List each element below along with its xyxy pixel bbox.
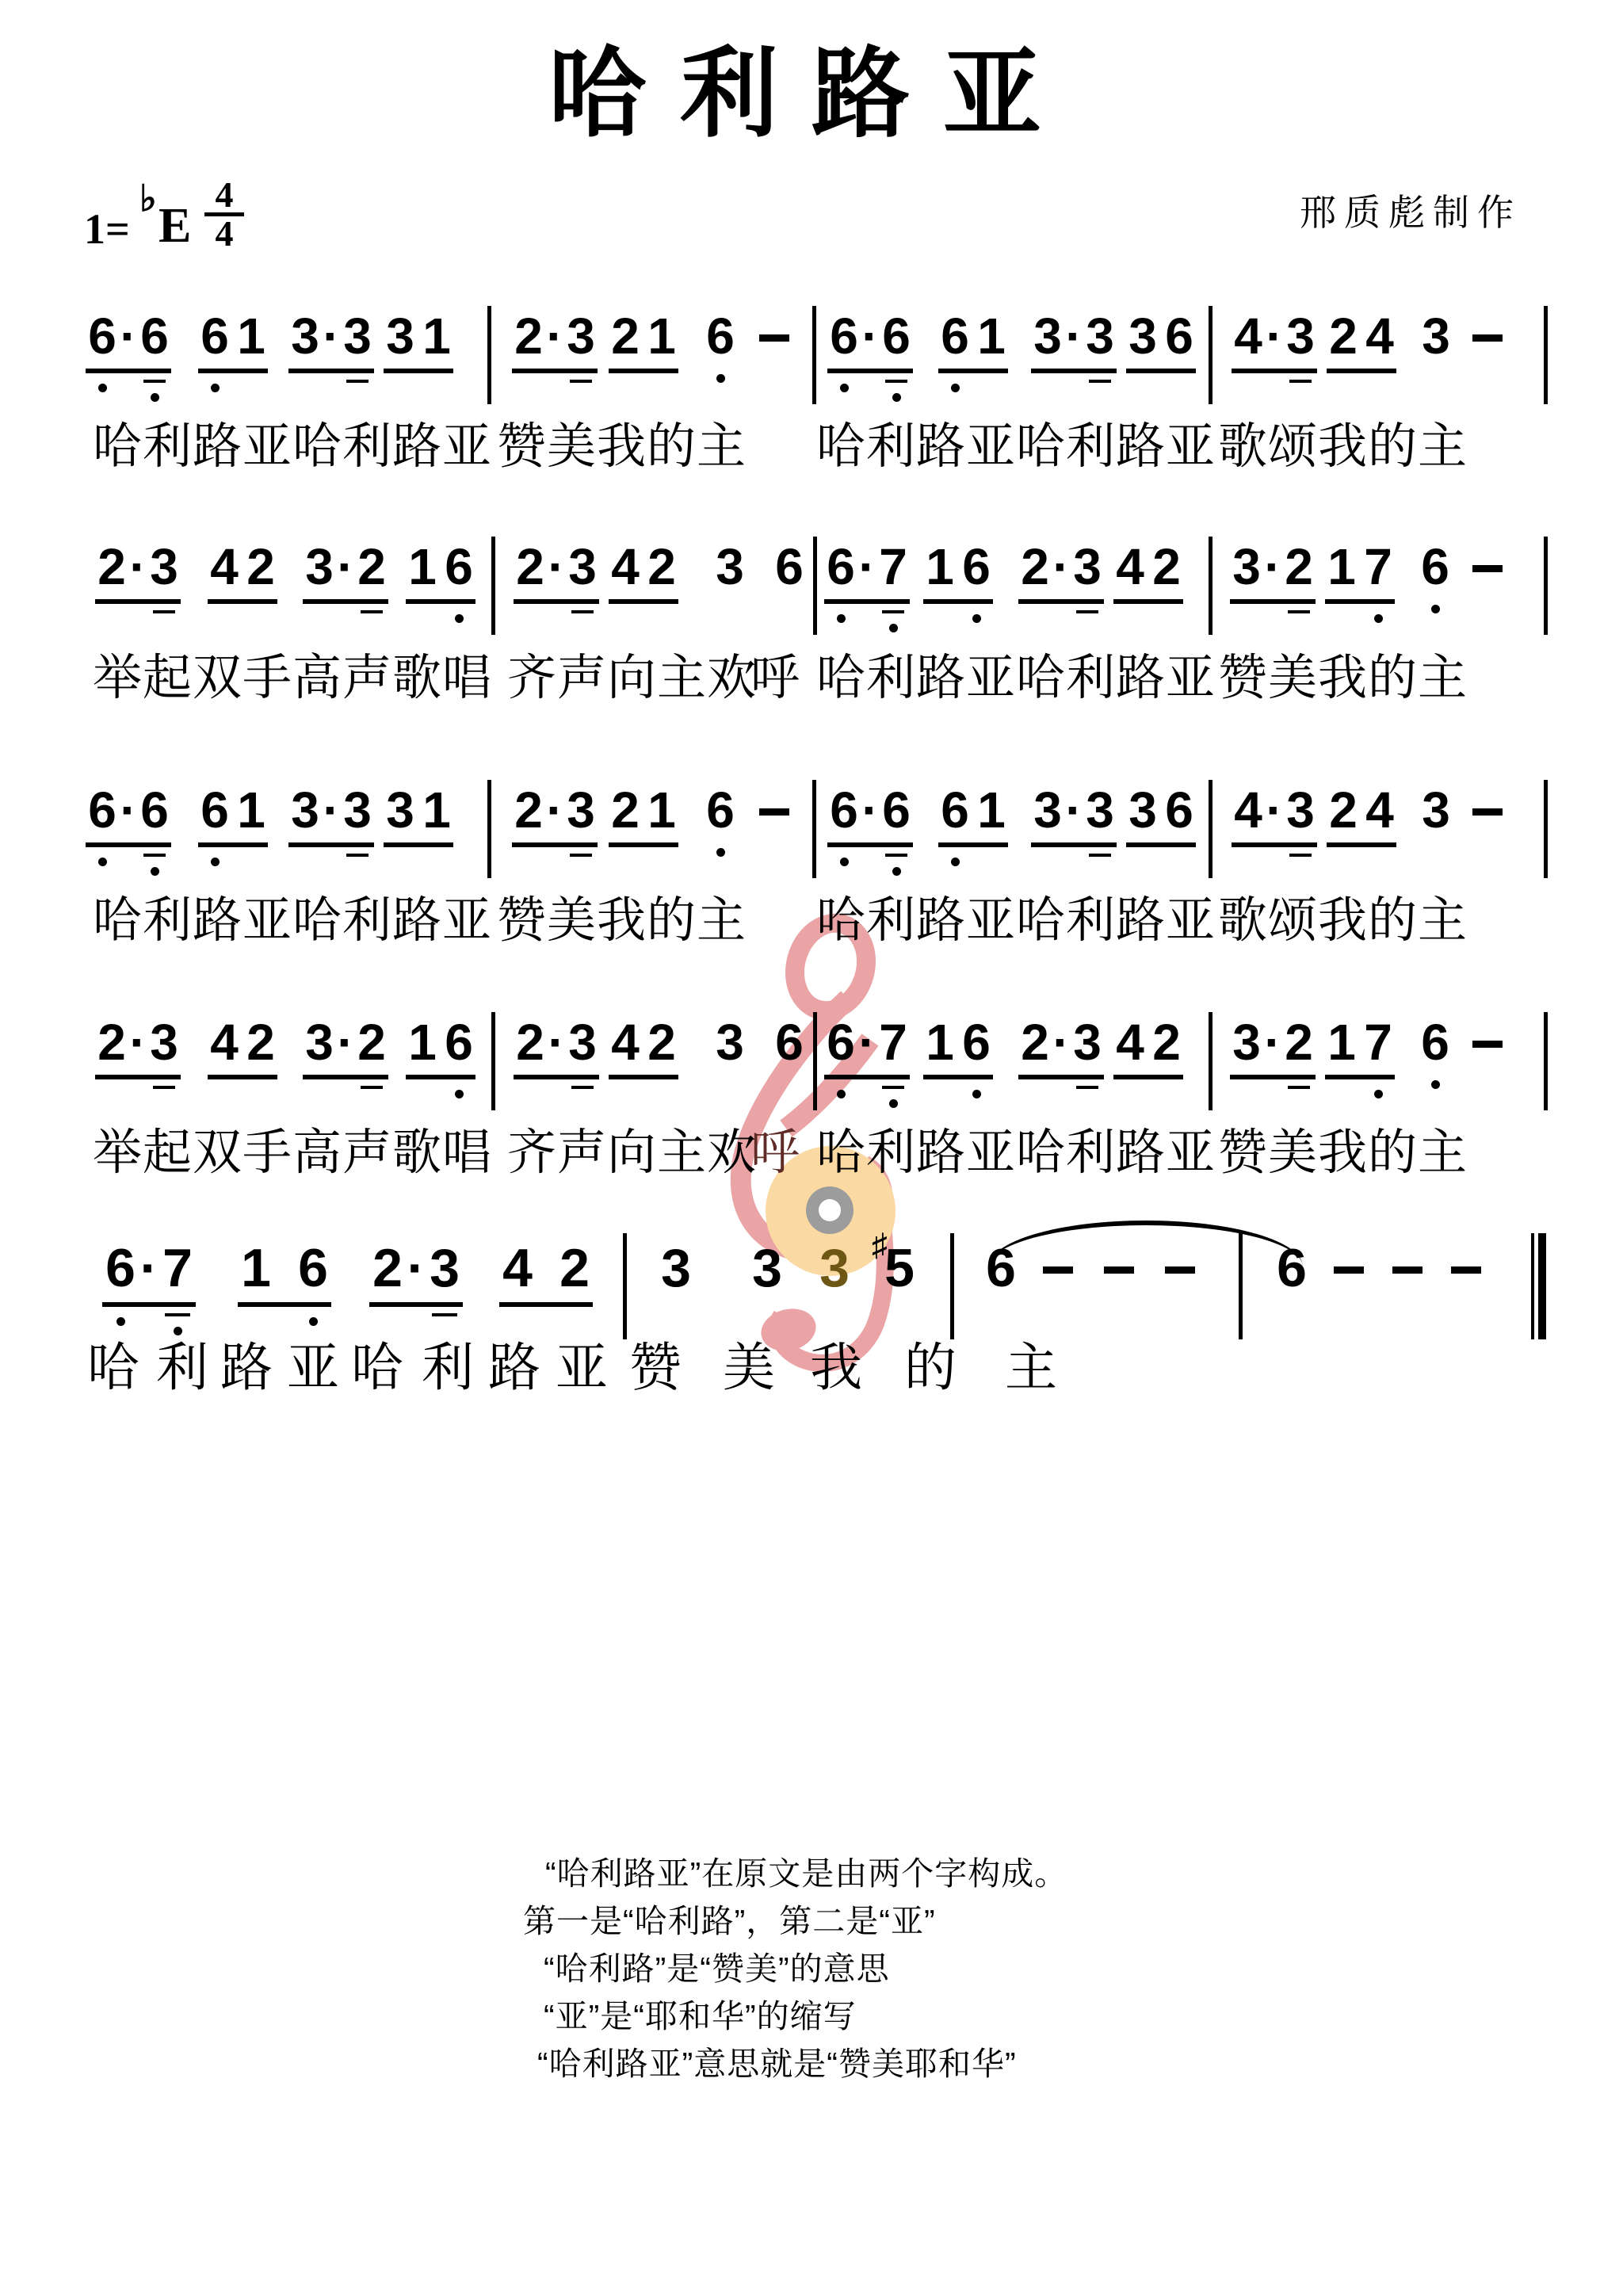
lyrics-segment: 亚 — [556, 1338, 609, 1398]
note-digit: 6 — [1419, 541, 1452, 592]
note-digit: 3 — [566, 1017, 599, 1068]
barline — [1531, 1233, 1534, 1339]
octave-dot — [1431, 1080, 1440, 1089]
note-digit: 6 — [138, 785, 171, 835]
note-digit: 3 — [426, 1241, 463, 1295]
note-digit: 3 — [341, 785, 374, 835]
sixteenth-underline — [1089, 854, 1111, 857]
augmentation-dot: · — [336, 541, 355, 592]
beam-underline — [1230, 1075, 1316, 1079]
note-digit: 6 — [960, 1017, 993, 1068]
footer-note-line: “哈利路亚”在原文是由两个字构成。 — [545, 1855, 1067, 1893]
note-digit: 3 — [1031, 311, 1064, 361]
note-digit: 3 — [564, 785, 598, 835]
note-digit: 6 — [880, 311, 913, 361]
beam-underline — [923, 1075, 993, 1079]
octave-dot — [892, 393, 901, 402]
barline — [812, 306, 816, 404]
note-digit: 3 — [566, 541, 599, 592]
beam-underline — [198, 369, 268, 373]
dash-note — [1165, 1266, 1195, 1274]
augmentation-dot: · — [406, 1241, 426, 1295]
lyrics-segment: 赞美我的主 — [497, 418, 747, 475]
lyrics-segment: 美 — [723, 1338, 776, 1398]
beam-underline — [609, 369, 678, 373]
beam-underline — [1232, 842, 1317, 847]
augmentation-dot: · — [547, 541, 566, 592]
note-digit: 6 — [102, 1241, 139, 1295]
note-digit: 4 — [609, 541, 642, 592]
note-digit: 2 — [512, 311, 545, 361]
beam-underline — [1325, 1075, 1395, 1079]
octave-dot — [1431, 605, 1440, 613]
note-digit: 6 — [198, 785, 231, 835]
octave-dot — [951, 384, 960, 392]
note-digit: 4 — [1232, 311, 1265, 361]
barline — [491, 1012, 495, 1110]
meter-fraction: 4 4 — [204, 179, 244, 250]
note-digit: 6 — [1419, 1017, 1452, 1068]
note-digit: 1 — [645, 311, 678, 361]
beam-underline — [499, 1302, 593, 1307]
beam-underline — [1126, 842, 1196, 847]
note-digit: 7 — [1361, 541, 1395, 592]
beam-underline — [1113, 1075, 1183, 1079]
note-digit: 6 — [704, 785, 737, 835]
note-digit: 5♯ — [881, 1241, 918, 1295]
footer-note-line: “亚”是“耶和华”的缩写 — [544, 1997, 857, 2036]
dash-note — [759, 808, 789, 816]
octave-dot — [951, 858, 960, 866]
beam-underline — [514, 1075, 599, 1079]
beam-underline — [238, 1302, 331, 1307]
sixteenth-underline — [1076, 610, 1098, 613]
note-digit: 6 — [1274, 1241, 1310, 1295]
note-digit: 2 — [1282, 541, 1316, 592]
dash-note — [1043, 1266, 1073, 1274]
sixteenth-underline — [1289, 380, 1312, 383]
beam-underline — [102, 1302, 196, 1307]
note-digit: 1 — [975, 311, 1008, 361]
beam-underline — [609, 1075, 678, 1079]
lyrics-segment: 哈利路亚哈利路亚 — [93, 892, 492, 949]
barline — [1209, 537, 1212, 635]
sixteenth-underline — [361, 1086, 383, 1089]
note-digit: 1 — [1325, 541, 1358, 592]
barline — [487, 306, 491, 404]
tonic-prefix: 1= — [84, 208, 130, 250]
beam-underline — [1232, 369, 1317, 373]
lyrics-segment: 哈利路亚哈利路亚 — [816, 892, 1216, 949]
lyrics-segment: 哈利路亚哈利路亚 — [816, 650, 1216, 706]
augmentation-dot: · — [861, 785, 880, 835]
beam-underline — [1113, 599, 1183, 604]
note-digit: 6 — [1163, 785, 1196, 835]
note-digit: 3 — [341, 311, 374, 361]
note-digit: 3 — [1083, 785, 1117, 835]
note-digit: 3 — [1419, 785, 1453, 835]
beam-underline — [1327, 369, 1396, 373]
note-digit: 6 — [824, 541, 857, 592]
augmentation-dot: · — [1265, 311, 1284, 361]
octave-dot — [309, 1317, 318, 1326]
note-digit: 6 — [773, 541, 806, 592]
barline — [1209, 780, 1212, 878]
note-digit: 2 — [244, 541, 277, 592]
note-digit: 2 — [355, 541, 388, 592]
dash-note — [1472, 565, 1503, 572]
note-digit: 1 — [645, 785, 678, 835]
note-digit: 2 — [1150, 541, 1183, 592]
beam-underline — [406, 599, 475, 604]
note-digit: 2 — [514, 1017, 547, 1068]
note-digit: 4 — [1363, 311, 1396, 361]
note-digit: 6 — [442, 1017, 475, 1068]
beam-underline — [208, 599, 277, 604]
lyrics-segment: 我 — [810, 1338, 863, 1398]
lyrics-segment: 哈 — [87, 1338, 140, 1398]
note-digit: 4 — [208, 541, 241, 592]
note-digit: 1 — [1325, 1017, 1358, 1068]
beam-underline — [406, 1075, 475, 1079]
beam-underline — [512, 369, 598, 373]
dash-note — [1472, 1041, 1503, 1048]
note-digit: 3 — [288, 785, 322, 835]
note-digit: 2 — [609, 785, 642, 835]
note-digit: 3 — [147, 1017, 181, 1068]
octave-dot — [211, 858, 220, 866]
sixteenth-underline — [882, 1086, 904, 1089]
augmentation-dot: · — [861, 311, 880, 361]
barline — [813, 537, 817, 635]
beam-underline — [824, 1075, 910, 1079]
octave-dot — [889, 624, 898, 632]
beam-underline — [514, 599, 599, 604]
sixteenth-underline — [1289, 854, 1312, 857]
sixteenth-underline — [571, 610, 594, 613]
meter-denominator: 4 — [204, 218, 244, 250]
footer-note-line: 第一是“哈利路”，第二是“亚” — [523, 1902, 936, 1941]
sixteenth-underline — [361, 610, 383, 613]
augmentation-dot: · — [1263, 1017, 1282, 1068]
octave-dot — [837, 1090, 846, 1098]
page-title: 哈利路亚 — [0, 41, 1623, 149]
beam-underline — [1325, 599, 1395, 604]
beam-underline — [1327, 842, 1396, 847]
note-digit: 2 — [369, 1241, 406, 1295]
note-digit: 6 — [198, 311, 231, 361]
note-digit: 4 — [499, 1241, 536, 1295]
note-digit: 4 — [1232, 785, 1265, 835]
note-digit: 6 — [827, 785, 861, 835]
note-digit: 6 — [960, 541, 993, 592]
sixteenth-underline — [885, 380, 907, 383]
note-digit: 1 — [406, 1017, 439, 1068]
octave-dot — [716, 374, 725, 383]
beam-underline — [208, 1075, 277, 1079]
note-digit: 2 — [244, 1017, 277, 1068]
beam-underline — [384, 369, 453, 373]
sixteenth-underline — [1288, 1086, 1310, 1089]
beam-underline — [923, 599, 993, 604]
octave-dot — [151, 393, 159, 402]
lyrics-segment: 哈利路亚哈利路亚 — [816, 1125, 1216, 1181]
beam-underline — [303, 1075, 388, 1079]
sixteenth-underline — [1089, 380, 1111, 383]
dash-note — [1472, 334, 1503, 342]
sixteenth-underline — [882, 610, 904, 613]
sharp-accidental-icon: ♯ — [872, 1230, 888, 1261]
note-digit: 3 — [1284, 785, 1317, 835]
note-digit: 4 — [208, 1017, 241, 1068]
note-digit: 2 — [1018, 541, 1052, 592]
beam-underline — [938, 369, 1008, 373]
key-signature: 1= ♭ E 4 4 — [84, 193, 338, 281]
note-digit: 2 — [514, 541, 547, 592]
augmentation-dot: · — [857, 541, 876, 592]
note-digit: 6 — [138, 311, 171, 361]
barline — [623, 1233, 627, 1339]
dash-note — [1472, 808, 1503, 816]
octave-dot — [98, 384, 107, 392]
lyrics-segment: 路 — [220, 1338, 273, 1398]
note-digit: 7 — [876, 541, 910, 592]
lyrics-segment: 齐声向主欢 — [507, 650, 757, 706]
barline — [1544, 306, 1548, 404]
note-digit: 1 — [923, 541, 957, 592]
beam-underline — [1230, 599, 1316, 604]
footer-note-line: “哈利路”是“赞美”的意思 — [544, 1950, 890, 1988]
sixteenth-underline — [570, 854, 592, 857]
sixteenth-underline — [143, 380, 166, 383]
sixteenth-underline — [885, 854, 907, 857]
note-digit: 2 — [355, 1017, 388, 1068]
lyrics-segment: 赞美我的主 — [1218, 1125, 1468, 1181]
sixteenth-underline — [346, 380, 369, 383]
sixteenth-underline — [153, 610, 175, 613]
sheet-page: 哈利路亚 1= ♭ E 4 4 邢质彪制作 6·6613·3312·32166·… — [0, 0, 1623, 2296]
note-digit: 3 — [384, 311, 417, 361]
beam-underline — [827, 369, 913, 373]
beam-underline — [303, 599, 388, 604]
beam-underline — [86, 842, 171, 847]
lyrics-segment: 赞美我的主 — [1218, 650, 1468, 706]
note-digit: 3 — [713, 1017, 747, 1068]
lyrics-segment: 呼 — [750, 650, 800, 706]
lyrics-segment: 主 — [1005, 1338, 1058, 1398]
note-digit: 2 — [1327, 311, 1360, 361]
lyrics-segment: 举起双手高声歌唱 — [93, 1125, 492, 1181]
note-digit: 2 — [95, 1017, 128, 1068]
note-digit: 1 — [235, 785, 268, 835]
octave-dot — [972, 614, 981, 623]
lyrics-segment: 赞 — [629, 1338, 682, 1398]
note-digit: 6 — [827, 311, 861, 361]
lyrics-segment: 举起双手高声歌唱 — [93, 650, 492, 706]
beam-underline — [1018, 1075, 1104, 1079]
barline — [491, 537, 495, 635]
augmentation-dot: · — [128, 541, 147, 592]
octave-dot — [837, 614, 846, 623]
note-digit: 1 — [923, 1017, 957, 1068]
lyrics-segment: 歌颂我的主 — [1218, 418, 1468, 475]
barline — [813, 1012, 817, 1110]
note-digit: 1 — [420, 785, 453, 835]
barline — [812, 780, 816, 878]
footer-note-line: “哈利路亚”意思就是“赞美耶和华” — [537, 2045, 1017, 2084]
lyrics-segment: 利 — [156, 1338, 209, 1398]
octave-dot — [840, 384, 849, 392]
augmentation-dot: · — [1064, 785, 1083, 835]
beam-underline — [1018, 599, 1104, 604]
lyrics-segment: 哈利路亚哈利路亚 — [816, 418, 1216, 475]
beam-underline — [1031, 842, 1117, 847]
note-digit: 7 — [1361, 1017, 1395, 1068]
beam-underline — [1031, 369, 1117, 373]
beam-underline — [609, 599, 678, 604]
note-digit: 7 — [876, 1017, 910, 1068]
sixteenth-underline — [571, 1086, 594, 1089]
beam-underline — [288, 842, 374, 847]
augmentation-dot: · — [857, 1017, 876, 1068]
barline — [1544, 1012, 1548, 1110]
content-layer: 哈利路亚 1= ♭ E 4 4 邢质彪制作 6·6613·3312·32166·… — [0, 0, 1623, 2296]
dash-note — [1334, 1266, 1364, 1274]
beam-underline — [95, 1075, 181, 1079]
barline — [1209, 1012, 1212, 1110]
octave-dot — [1374, 614, 1383, 623]
note-digit: 3 — [303, 1017, 336, 1068]
note-digit: 6 — [295, 1241, 331, 1295]
note-digit: 3 — [288, 311, 322, 361]
sixteenth-underline — [1076, 1086, 1098, 1089]
note-digit: 3 — [1419, 311, 1453, 361]
augmentation-dot: · — [545, 785, 564, 835]
lyrics-segment: 哈 — [351, 1338, 404, 1398]
note-digit: 6 — [938, 311, 972, 361]
note-digit: 1 — [406, 541, 439, 592]
note-digit: 6 — [86, 785, 119, 835]
note-digit: 6 — [880, 785, 913, 835]
beam-underline — [1126, 369, 1196, 373]
note-digit: 3 — [303, 541, 336, 592]
beam-underline — [938, 842, 1008, 847]
augmentation-dot: · — [322, 785, 341, 835]
note-digit: 3 — [1126, 785, 1159, 835]
lyrics-segment: 歌颂我的主 — [1218, 892, 1468, 949]
note-digit: 3 — [749, 1241, 785, 1295]
note-digit: 2 — [1282, 1017, 1316, 1068]
augmentation-dot: · — [1265, 785, 1284, 835]
note-digit: 3 — [1083, 311, 1117, 361]
note-digit: 1 — [975, 785, 1008, 835]
flat-accidental-icon: ♭ — [139, 181, 157, 217]
note-digit: 2 — [1327, 785, 1360, 835]
augmentation-dot: · — [336, 1017, 355, 1068]
dash-note — [1392, 1266, 1423, 1274]
sixteenth-underline — [143, 854, 166, 857]
octave-dot — [211, 384, 220, 392]
augmentation-dot: · — [547, 1017, 566, 1068]
augmentation-dot: · — [139, 1241, 159, 1295]
note-digit: 2 — [556, 1241, 593, 1295]
augmentation-dot: · — [322, 311, 341, 361]
lyrics-segment: 哈利路亚哈利路亚 — [93, 418, 492, 475]
beam-underline — [824, 599, 910, 604]
octave-dot — [151, 867, 159, 876]
note-digit: 3 — [1230, 1017, 1263, 1068]
augmentation-dot: · — [545, 311, 564, 361]
dash-note — [759, 334, 789, 342]
credit: 邢质彪制作 — [1300, 193, 1522, 234]
sixteenth-underline — [432, 1313, 457, 1316]
augmentation-dot: · — [1263, 541, 1282, 592]
note-digit: 6 — [86, 311, 119, 361]
lyrics-segment: 呼 — [750, 1125, 800, 1181]
octave-dot — [840, 858, 849, 866]
note-digit: 3 — [713, 541, 747, 592]
note-digit: 6 — [983, 1241, 1019, 1295]
augmentation-dot: · — [1052, 1017, 1071, 1068]
octave-dot — [455, 614, 464, 623]
note-digit: 2 — [1018, 1017, 1052, 1068]
lyrics-segment: 利 — [422, 1338, 475, 1398]
note-digit: 6 — [442, 541, 475, 592]
beam-underline — [198, 842, 268, 847]
barline — [487, 780, 491, 878]
lyrics-segment: 齐声向主欢 — [507, 1125, 757, 1181]
octave-dot — [716, 848, 725, 857]
octave-dot — [889, 1099, 898, 1108]
note-digit: 4 — [1113, 1017, 1147, 1068]
sixteenth-underline — [1288, 610, 1310, 613]
barline — [1209, 306, 1212, 404]
dash-note — [1451, 1266, 1481, 1274]
tie-arc — [989, 1221, 1303, 1271]
note-digit: 3 — [1071, 1017, 1104, 1068]
note-digit: 4 — [609, 1017, 642, 1068]
barline — [1239, 1233, 1243, 1339]
lyrics-segment: 的 — [904, 1338, 957, 1398]
augmentation-dot: · — [1052, 541, 1071, 592]
beam-underline — [95, 599, 181, 604]
beam-underline — [86, 369, 171, 373]
note-digit: 1 — [238, 1241, 274, 1295]
beam-underline — [609, 842, 678, 847]
augmentation-dot: · — [1064, 311, 1083, 361]
note-digit: 3 — [1230, 541, 1263, 592]
note-digit: 3 — [1284, 311, 1317, 361]
note-digit: 3 — [816, 1241, 853, 1295]
barline — [1538, 1233, 1546, 1339]
sixteenth-underline — [153, 1086, 175, 1089]
note-digit: 3 — [1126, 311, 1159, 361]
barline — [950, 1233, 954, 1339]
octave-dot — [972, 1090, 981, 1098]
octave-dot — [174, 1327, 182, 1335]
augmentation-dot: · — [128, 1017, 147, 1068]
note-digit: 6 — [1163, 311, 1196, 361]
barline — [1544, 780, 1548, 878]
note-digit: 3 — [658, 1241, 694, 1295]
lyrics-segment: 路 — [488, 1338, 541, 1398]
key-letter: E — [158, 201, 191, 250]
octave-dot — [892, 867, 901, 876]
note-digit: 3 — [147, 541, 181, 592]
octave-dot — [1374, 1090, 1383, 1098]
octave-dot — [455, 1090, 464, 1098]
dash-note — [1104, 1266, 1134, 1274]
